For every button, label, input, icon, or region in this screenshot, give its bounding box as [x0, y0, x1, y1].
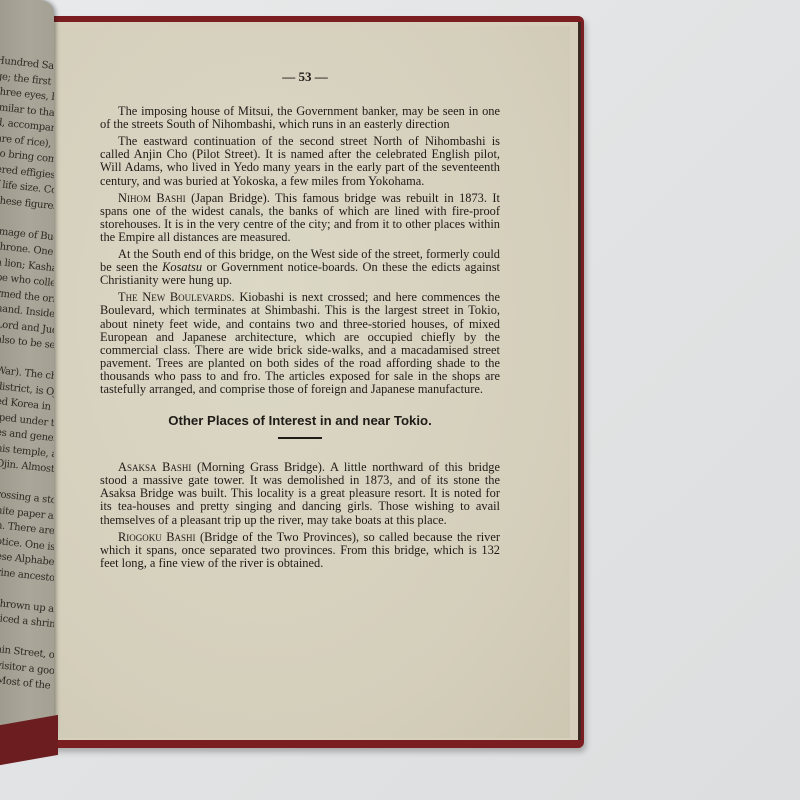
left-page-line: iped under the [0, 412, 54, 430]
left-page-line: hand. Inside of [0, 303, 54, 321]
paragraph-nihom-bashi: Nihom Bashi (Japan Bridge). This famous … [100, 192, 500, 244]
page-text: — 53 — The imposing house of Mitsui, the… [100, 70, 500, 574]
paragraph-lead: Riogoku Bashi [118, 530, 196, 544]
left-page-line: n. There are [0, 520, 54, 537]
left-page-line: f life size. Contt- [0, 179, 54, 198]
left-page-line: also to be seen at [0, 334, 54, 354]
paragraph-lead: The New Boulevards. [118, 290, 235, 304]
paragraph-anjin-cho: The eastward continuation of the second … [100, 135, 500, 187]
paragraph-riogoku-bashi: Riogoku Bashi (Bridge of the Two Provinc… [100, 531, 500, 570]
left-page-line: War). The chief [0, 365, 54, 384]
left-page-line: ain Street, or [0, 644, 54, 662]
left-page: Hundred Sages, mge; the first con-three … [0, 0, 54, 745]
italic-term: Kosatsu [162, 260, 202, 274]
paragraph-kosatsu: At the South end of this bridge, on the … [100, 248, 500, 287]
left-page-line: visitor a good [0, 660, 54, 678]
left-page-line: district, is Ojin [0, 381, 54, 399]
left-page-line: thrown up at [0, 598, 54, 615]
section-divider [278, 437, 322, 439]
paragraph-lead: Asaksa Bashi [118, 460, 191, 474]
left-page-line: es and generals [0, 427, 54, 446]
left-page-line: these figures. [0, 195, 54, 213]
paragraph-asaksa-bashi: Asaksa Bashi (Morning Grass Bridge). A l… [100, 461, 500, 526]
left-page-line: ed Korea in the [0, 396, 54, 415]
page-number: — 53 — [110, 70, 500, 83]
paragraph-new-boulevards: The New Boulevards. Kiobashi is next cro… [100, 291, 500, 396]
paragraph-lead: Nihom Bashi [118, 191, 186, 205]
paragraph-mitsui: The imposing house of Mitsui, the Govern… [100, 105, 500, 131]
left-page-line: Most of the [0, 675, 51, 692]
left-page-line: rine ancestors [0, 567, 54, 585]
left-page-line: ticed a shrine [0, 613, 54, 631]
left-page-line: ese Alphabet; [0, 551, 54, 569]
left-page-line: rossing a stone [0, 489, 54, 508]
left-page-line: Ojin. Almost [0, 458, 54, 475]
section-heading: Other Places of Interest in and near Tok… [100, 414, 500, 427]
left-page-line: hite paper and [0, 505, 54, 523]
left-page-line: otice. One is [0, 536, 54, 553]
